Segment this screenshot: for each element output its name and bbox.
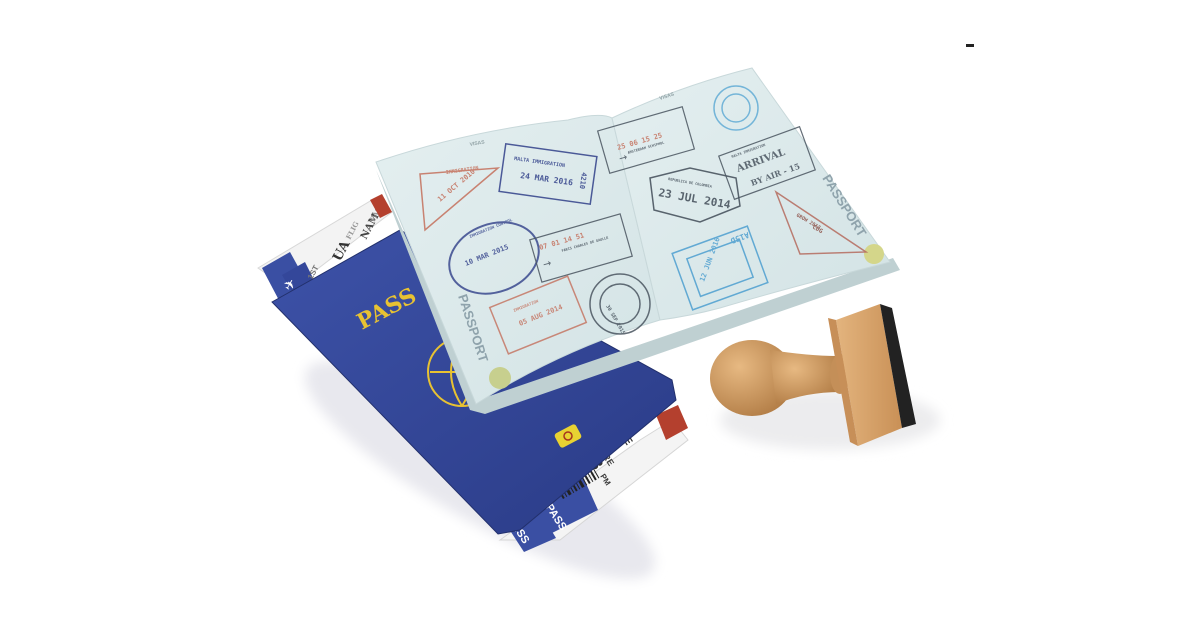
- passport-scene: ✈ B NAM PASS FLIG UA 1ST G PASS PASS ME …: [0, 0, 1200, 628]
- left-page-seal-icon: [489, 367, 511, 389]
- right-page-seal-icon: [864, 244, 884, 264]
- speck-mark: [966, 44, 974, 47]
